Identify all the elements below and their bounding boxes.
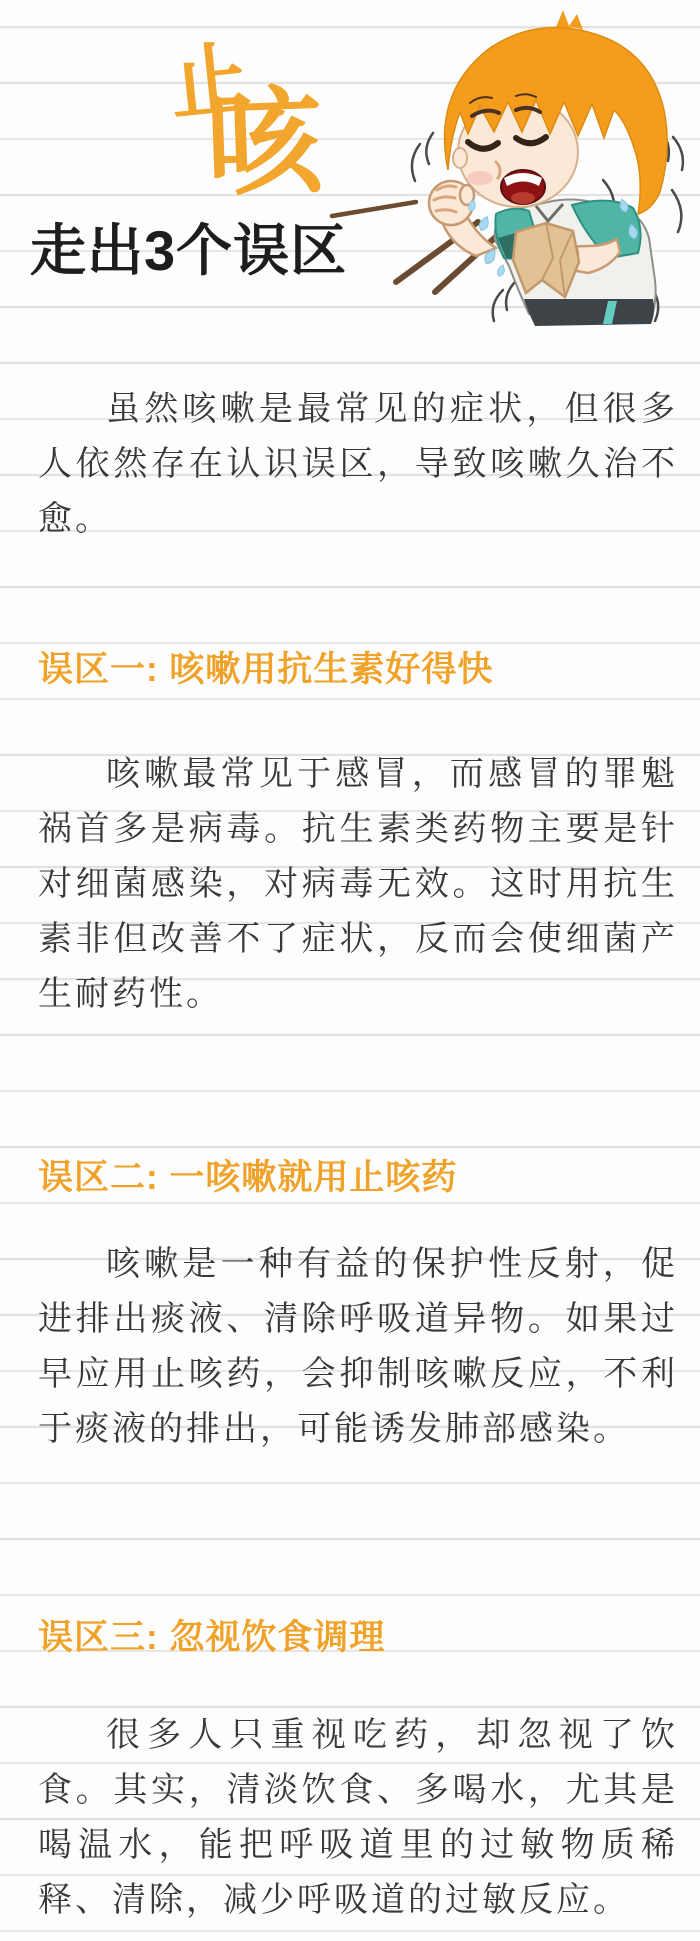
section-3-heading: 误区三: 忽视饮食调理 (38, 1615, 385, 1661)
intro-paragraph: 虽然咳嗽是最常见的症状，但很多人依然存在认识误区，导致咳嗽久治不愈。 (38, 382, 678, 547)
section-1-body: 咳嗽最常见于感冒，而感冒的罪魁祸首多是病毒。抗生素类药物主要是针对细菌感染，对病… (38, 747, 678, 1022)
section-1-heading: 误区一: 咳嗽用抗生素好得快 (38, 647, 493, 693)
cheek-blush (467, 171, 493, 185)
coughing-boy-illustration (320, 0, 700, 350)
boy-head (445, 10, 668, 214)
open-mouth (501, 170, 545, 204)
infographic-canvas: 止 咳 走出3个误区 (0, 0, 700, 1941)
section-3-body: 很多人只重视吃药，却忽视了饮食。其实，清淡饮食、多喝水，尤其是喝温水，能把呼吸道… (38, 1708, 678, 1928)
page-title: 走出3个误区 (30, 220, 347, 282)
section-2-body: 咳嗽是一种有益的保护性反射，促进排出痰液、清除呼吸道异物。如果过早应用止咳药，会… (38, 1237, 678, 1457)
tongue (511, 192, 535, 204)
section-2-heading: 误区二: 一咳嗽就用止咳药 (38, 1155, 457, 1201)
title-char-ke: 咳 (204, 84, 324, 204)
ear (453, 148, 467, 168)
boy-pants (524, 299, 654, 326)
